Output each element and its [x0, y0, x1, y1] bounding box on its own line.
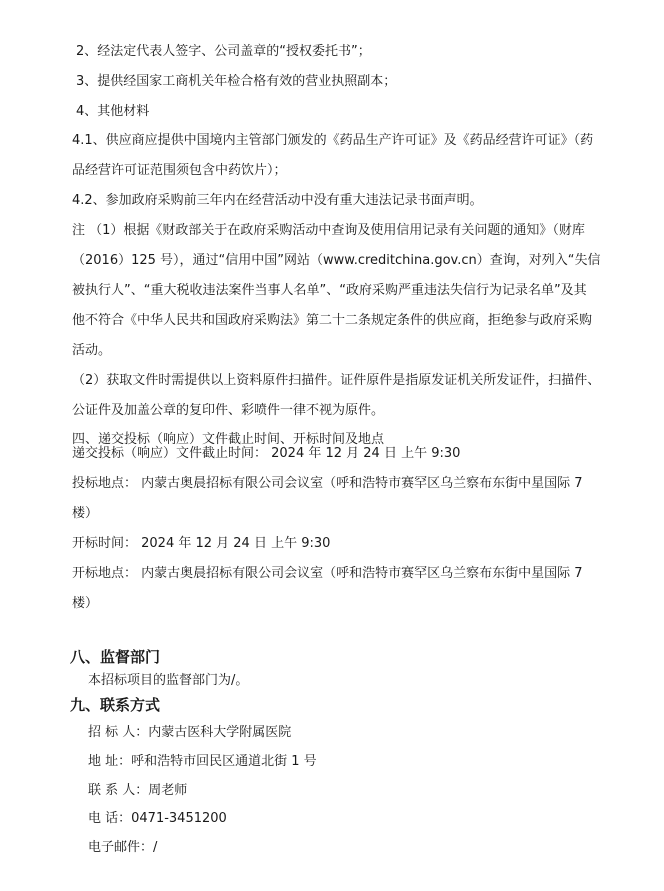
- item-4: 4、其他材料: [76, 104, 149, 120]
- item-3: 3、提供经国家工商机关年检合格有效的营业执照副本；: [76, 74, 396, 90]
- note-1: 注 （1）根据《财政部关于在政府采购活动中查询及使用信用记录有关问题的通知》（财…: [72, 223, 585, 239]
- contact-email: 电子邮件：/: [88, 840, 157, 856]
- note-1-cont2: 被执行人”、“重大税收违法案件当事人名单”、“政府采购严重违法失信行为记录名单”…: [72, 283, 587, 299]
- item-4-1-cont: 品经营许可证范围须包含中药饮片）；: [72, 163, 287, 179]
- item-2: 2、经法定代表人签字、公司盖章的“授权委托书”；: [76, 44, 371, 60]
- section-8-title: 八、监督部门: [70, 648, 160, 666]
- contact-address: 地 址：呼和浩特市回民区通道北街 1 号: [88, 754, 317, 770]
- section-9-title: 九、联系方式: [70, 696, 160, 714]
- note-1-cont3: 他不符合《中华人民共和国政府采购法》第二十二条规定条件的供应商，拒绝参与政府采购: [72, 313, 592, 329]
- note-2: （2）获取文件时需提供以上资料原件扫描件。证件原件是指原发证机关所发证件，扫描件…: [72, 373, 600, 389]
- section-8-text: 本招标项目的监督部门为/。: [88, 673, 248, 689]
- note-1-cont4: 活动。: [72, 343, 111, 359]
- contact-tenderer: 招 标 人：内蒙古医科大学附属医院: [88, 725, 291, 741]
- bid-location: 投标地点： 内蒙古奥晨招标有限公司会议室（呼和浩特市赛罕区乌兰察布东街中星国际 …: [72, 476, 583, 492]
- item-4-2: 4.2、参加政府采购前三年内在经营活动中没有重大违法记录书面声明。: [72, 193, 483, 209]
- bid-location-cont: 楼）: [72, 506, 98, 522]
- deadline-time: 递交投标（响应）文件截止时间： 2024 年 12 月 24 日 上午 9:30: [72, 446, 460, 462]
- contact-person: 联 系 人：周老师: [88, 783, 187, 799]
- note-1-cont: （2016）125 号），通过“信用中国”网站（www.creditchina.…: [72, 253, 600, 269]
- opening-time: 开标时间： 2024 年 12 月 24 日 上午 9:30: [72, 536, 330, 552]
- note-2-cont: 公证件及加盖公章的复印件、彩喷件一律不视为原件。: [72, 403, 384, 419]
- opening-location-cont: 楼）: [72, 596, 98, 612]
- contact-phone: 电 话：0471-3451200: [88, 811, 227, 827]
- opening-location: 开标地点： 内蒙古奥晨招标有限公司会议室（呼和浩特市赛罕区乌兰察布东街中星国际 …: [72, 566, 583, 582]
- item-4-1: 4.1、供应商应提供中国境内主管部门颁发的《药品生产许可证》及《药品经营许可证》…: [72, 133, 593, 149]
